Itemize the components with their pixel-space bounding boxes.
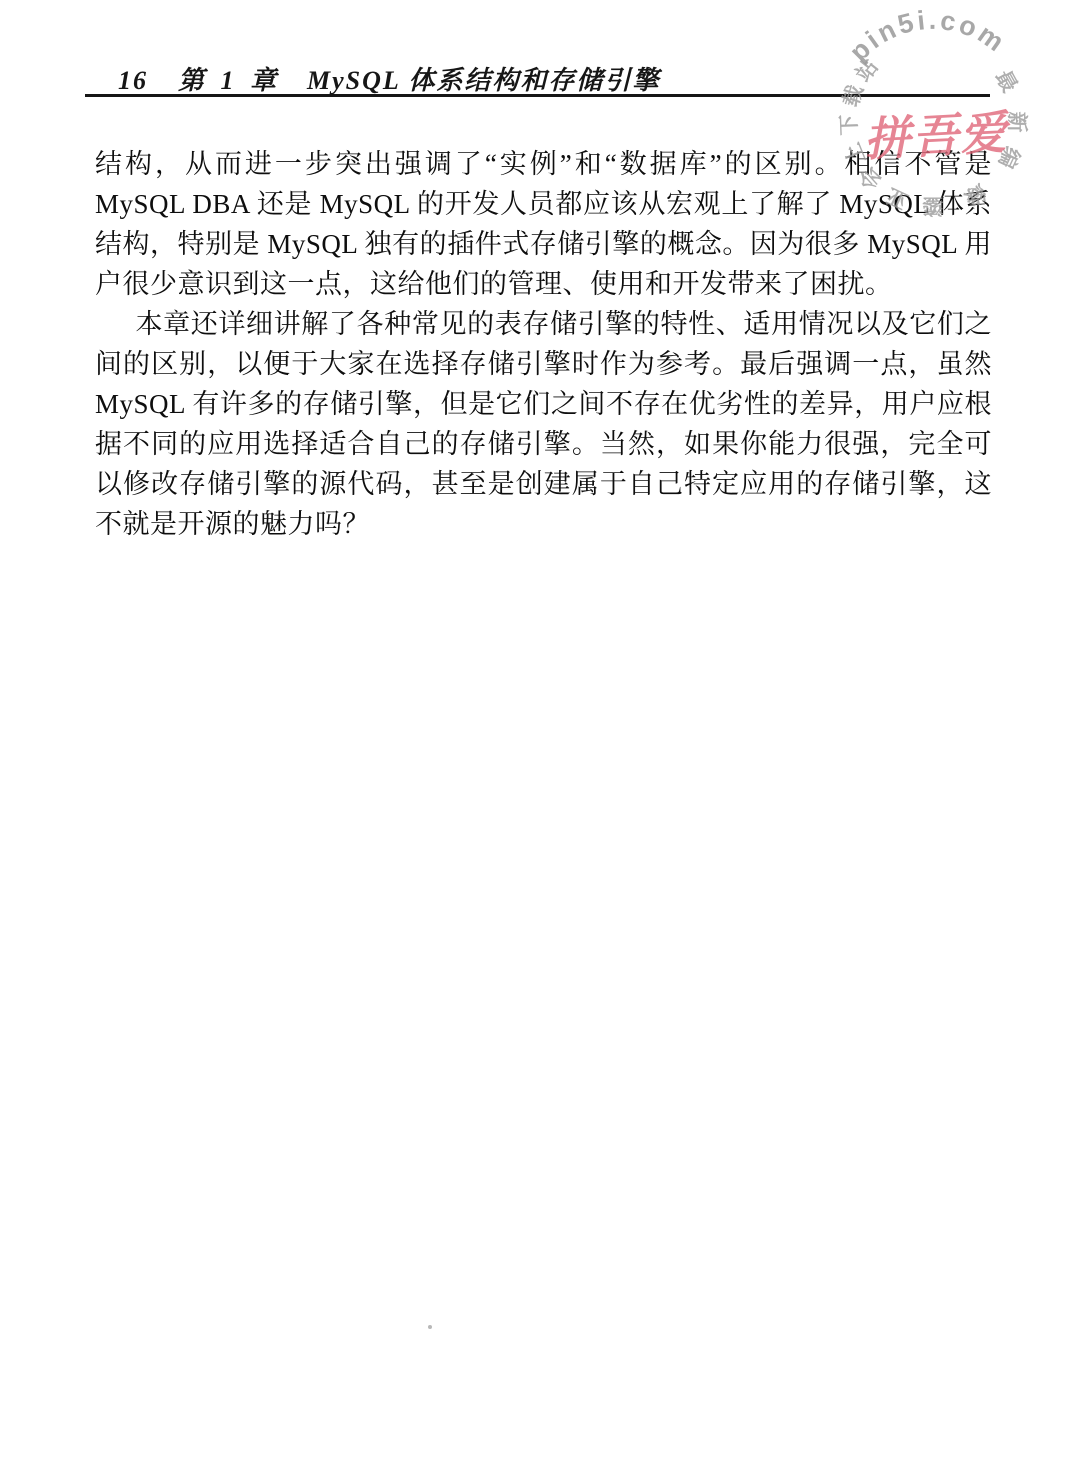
watermark-ring-char: 编 (994, 143, 1025, 172)
chapter-label: 第 1 章 (178, 60, 281, 97)
running-head: 16 第 1 章 MySQL 体系结构和存储引擎 (118, 60, 660, 94)
watermark-ring-char: 下 (837, 114, 862, 136)
page-body: 结构，从而进一步突出强调了“实例”和“数据库”的区别。相信不管是 MySQL D… (95, 144, 992, 544)
page-number: 16 (118, 66, 148, 96)
watermark-ring-char: 新 (1005, 112, 1029, 133)
header-rule (85, 94, 990, 97)
watermark-arc-text: pin5i.com (844, 5, 1012, 67)
scan-artifact-dot (428, 1325, 432, 1329)
chapter-title: MySQL 体系结构和存储引擎 (307, 60, 660, 97)
watermark-ring-char: 站 (851, 55, 883, 86)
paragraph-summary: 本章还详细讲解了各种常见的表存储引擎的特性、适用情况以及它们之间的区别，以便于大… (95, 304, 992, 544)
paragraph-continuation: 结构，从而进一步突出强调了“实例”和“数据库”的区别。相信不管是 MySQL D… (95, 144, 992, 304)
book-page: { "page": { "header": { "page_number": "… (0, 0, 1080, 1478)
watermark-ring-char: 最 (991, 66, 1022, 96)
